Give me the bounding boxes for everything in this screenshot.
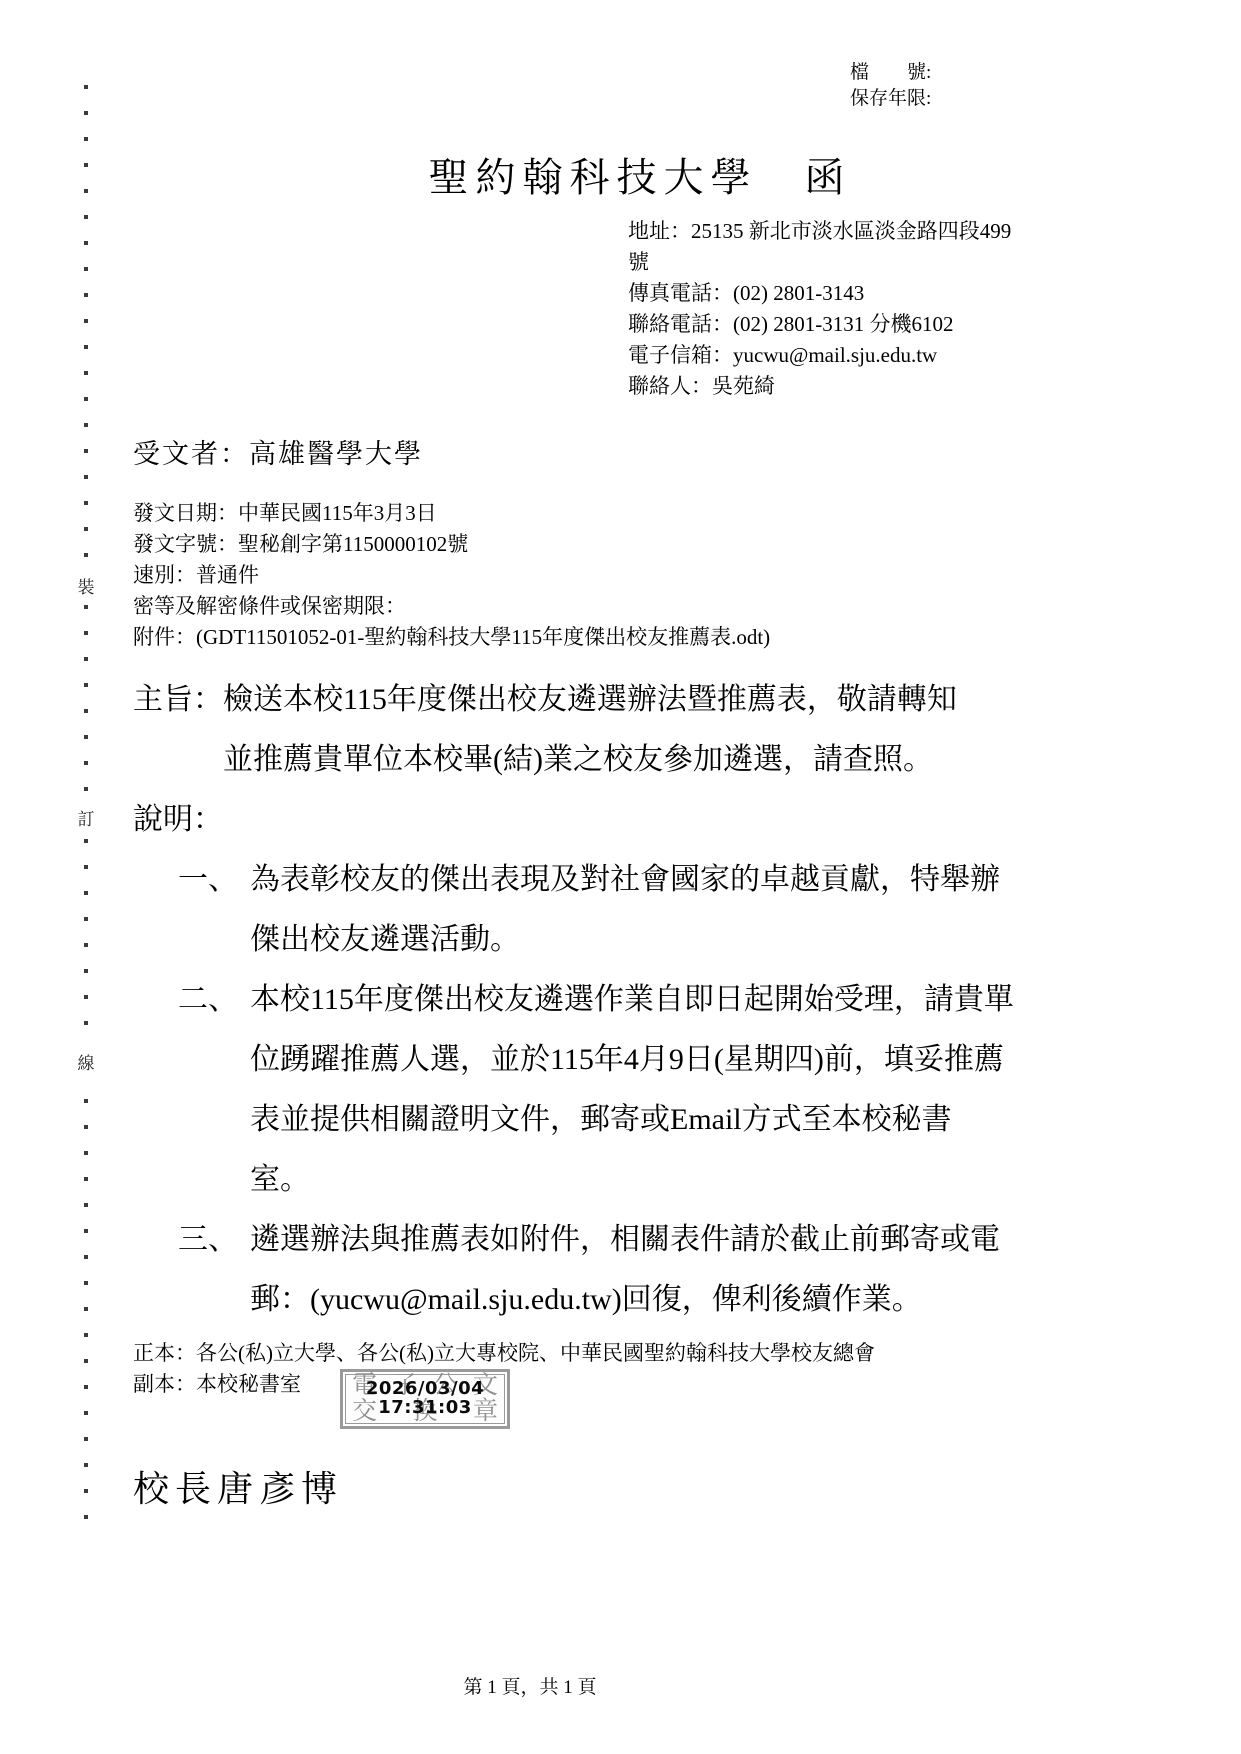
official-letter-page: 裝 訂 線 檔 號: 保存年限: 聖約翰科技大學 函 地址：25135 新北市淡…	[0, 0, 1241, 1754]
subject-label: 主旨：	[133, 670, 223, 730]
doc-number-line: 發文字號：聖秘創字第1150000102號	[133, 529, 1083, 560]
item-1-number: 一、	[178, 850, 250, 910]
sender-fax: 傳真電話：(02) 2801-3143	[628, 278, 1028, 309]
explanation-label: 說明：	[133, 790, 223, 850]
document-title: 聖約翰科技大學 函	[0, 153, 1241, 203]
principal-signature: 校長唐彥博	[133, 1467, 343, 1511]
subject-text: 檢送本校115年度傑出校友遴選辦法暨推薦表，敬請轉知 並推薦貴單位本校畢(結)業…	[223, 670, 957, 790]
explanation-item-3: 三、 遴選辦法與推薦表如附件，相關表件請於截止前郵寄或電 郵：(yucwu@ma…	[133, 1210, 1173, 1330]
binding-mark-xian: 線	[72, 1046, 100, 1081]
stamp-datetime: 2026/03/04 17:31:03	[343, 1379, 507, 1417]
attachment-line: 附件：(GDT11501052-01-聖約翰科技大學115年度傑出校友推薦表.o…	[133, 622, 1083, 653]
sender-address: 地址：25135 新北市淡水區淡金路四段499 號	[628, 216, 1028, 278]
sender-phone: 聯絡電話：(02) 2801-3131 分機6102	[628, 309, 1028, 340]
binding-mark-ding: 訂	[72, 802, 100, 837]
sender-info-block: 地址：25135 新北市淡水區淡金路四段499 號 傳真電話：(02) 2801…	[628, 216, 1028, 402]
item-2-text: 本校115年度傑出校友遴選作業自即日起開始受理，請貴單 位踴躍推薦人選，並於11…	[250, 970, 1014, 1210]
file-number-label: 檔 號:	[850, 60, 931, 86]
document-body: 主旨： 檢送本校115年度傑出校友遴選辦法暨推薦表，敬請轉知 並推薦貴單位本校畢…	[133, 670, 1173, 1330]
item-3-number: 三、	[178, 1210, 250, 1270]
original-recipients-line: 正本：各公(私)立大學、各公(私)立大專校院、中華民國聖約翰科技大學校友總會	[133, 1338, 1133, 1369]
document-meta-block: 發文日期：中華民國115年3月3日 發文字號：聖秘創字第1150000102號 …	[133, 498, 1083, 653]
recipient-line: 受文者：高雄醫學大學	[133, 437, 423, 471]
retention-period-label: 保存年限:	[850, 86, 931, 112]
item-1-text: 為表彰校友的傑出表現及對社會國家的卓越貢獻，特舉辦 傑出校友遴選活動。	[250, 850, 1000, 970]
stamp-date: 2026/03/04	[343, 1379, 507, 1398]
explanation-item-2: 二、 本校115年度傑出校友遴選作業自即日起開始受理，請貴單 位踴躍推薦人選，並…	[133, 970, 1173, 1210]
explanation-item-1: 一、 為表彰校友的傑出表現及對社會國家的卓越貢獻，特舉辦 傑出校友遴選活動。	[133, 850, 1173, 970]
issue-date-line: 發文日期：中華民國115年3月3日	[133, 498, 1083, 529]
stamp-time: 17:31:03	[343, 1398, 507, 1417]
item-3-text: 遴選辦法與推薦表如附件，相關表件請於截止前郵寄或電 郵：(yucwu@mail.…	[250, 1210, 1000, 1330]
binding-mark-zhuang: 裝	[72, 570, 100, 605]
page-number-footer: 第 1 頁，共 1 頁	[0, 1672, 1060, 1699]
file-number-block: 檔 號: 保存年限:	[850, 60, 931, 112]
copy-recipients-line: 副本：本校秘書室	[133, 1369, 1133, 1400]
distribution-block: 正本：各公(私)立大學、各公(私)立大專校院、中華民國聖約翰科技大學校友總會 副…	[133, 1338, 1133, 1400]
explanation-heading-line: 說明：	[133, 790, 1173, 850]
sender-contact-person: 聯絡人：吳苑綺	[628, 371, 1028, 402]
sender-email: 電子信箱：yucwu@mail.sju.edu.tw	[628, 340, 1028, 371]
subject-clause: 主旨： 檢送本校115年度傑出校友遴選辦法暨推薦表，敬請轉知 並推薦貴單位本校畢…	[133, 670, 1173, 790]
item-2-number: 二、	[178, 970, 250, 1030]
priority-line: 速別：普通件	[133, 560, 1083, 591]
security-line: 密等及解密條件或保密期限：	[133, 591, 1083, 622]
electronic-document-exchange-stamp: 電子公文 交換章 2026/03/04 17:31:03	[340, 1369, 510, 1429]
